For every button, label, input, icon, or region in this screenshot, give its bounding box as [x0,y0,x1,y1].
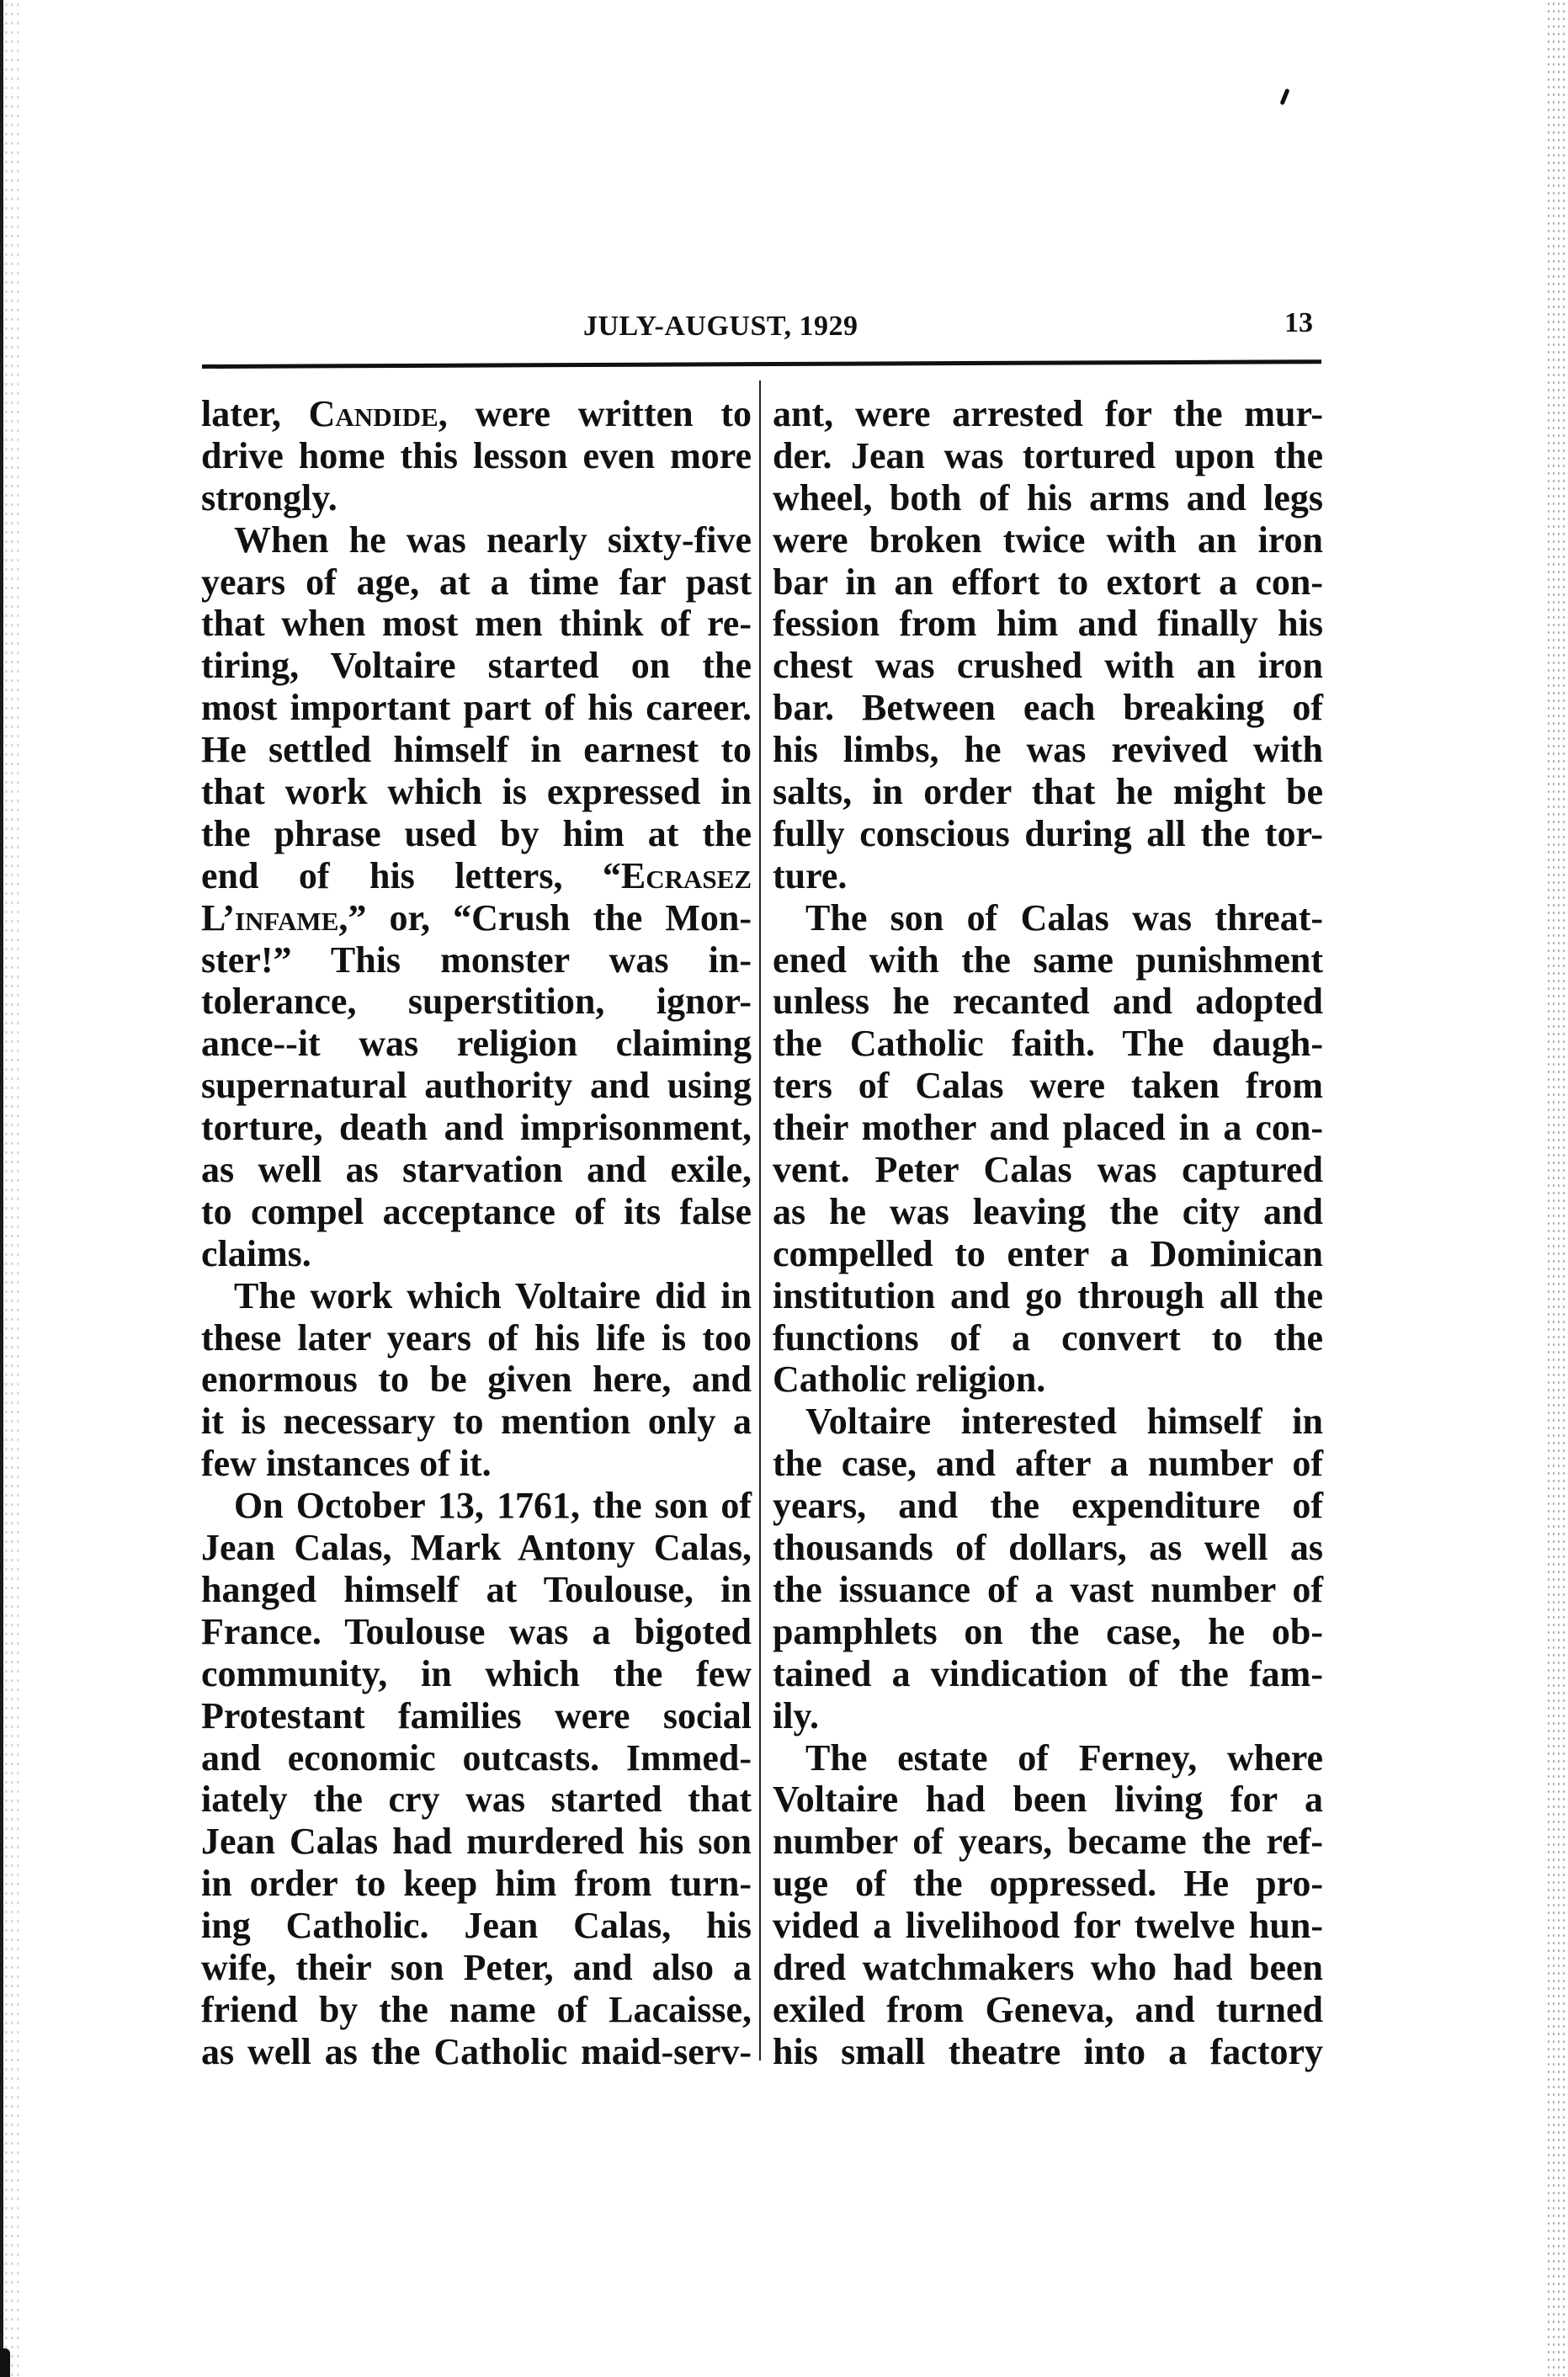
text-line: and economic outcasts. Immed- [201,1737,752,1779]
text-line: claims. [201,1233,752,1275]
text-line: bar. Between each breaking of [773,687,1323,729]
text-line: that when most men think of re- [201,603,752,645]
text-line: community, in which the few [201,1653,752,1695]
text-line: drive home this lesson even more [201,435,752,477]
text-line: On October 13, 1761, the son of [201,1485,752,1527]
text-line: enormous to be given here, and [201,1359,752,1401]
text-line: Voltaire had been living for a [773,1779,1323,1821]
small-caps-title: L’infame [201,897,338,939]
text-line: as well as starvation and exile, [201,1149,752,1191]
text-line: ster!” This monster was in- [201,939,752,981]
text-line: wife, their son Peter, and also a [201,1947,752,1989]
text-line: as he was leaving the city and [773,1191,1323,1233]
small-caps-title: Ecrasez [621,855,752,896]
text-line: it is necessary to mention only a [201,1401,752,1443]
text-line: tiring, Voltaire started on the [201,645,752,687]
text-line: unless he recanted and adopted [773,981,1323,1023]
text-line: salts, in order that he might be [773,771,1323,813]
column-divider [759,380,761,2061]
text-line: chest was crushed with an iron [773,645,1323,687]
right-column: ant, were arrested for the mur-der. Jean… [773,393,1323,2073]
text-line: uge of the oppressed. He pro- [773,1863,1323,1905]
text-line: ters of Calas were taken from [773,1065,1323,1107]
text-line: as well as the Catholic maid-serv- [201,2031,752,2073]
text-line: iately the cry was started that [201,1779,752,1821]
text-line: L’infame,” or, “Crush the Mon- [201,897,752,939]
text-line: the case, and after a number of [773,1443,1323,1485]
text-line: years of age, at a time far past [201,561,752,604]
text-line: The son of Calas was threat- [773,897,1323,939]
page-number: 13 [1284,306,1313,340]
header-rule [202,359,1321,369]
text-line: the phrase used by him at the [201,813,752,855]
text-line: ture. [773,855,1323,897]
text-line: hanged himself at Toulouse, in [201,1569,752,1611]
scan-corner-blot [0,2348,10,2377]
text-line: The estate of Ferney, where [773,1737,1323,1779]
text-line: that work which is expressed in [201,771,752,813]
text-line: ant, were arrested for the mur- [773,393,1323,435]
text-line: The work which Voltaire did in [201,1275,752,1317]
text-line: ing Catholic. Jean Calas, his [201,1905,752,1947]
text-line: the issuance of a vast number of [773,1569,1323,1611]
text-line: pamphlets on the case, he ob- [773,1611,1323,1653]
text-line: friend by the name of Lacaisse, [201,1989,752,2031]
text-line: When he was nearly sixty-five [201,519,752,561]
text-line: years, and the expenditure of [773,1485,1323,1527]
text-line: strongly. [201,477,752,519]
text-line: France. Toulouse was a bigoted [201,1611,752,1653]
text-line: vided a livelihood for twelve hun- [773,1905,1323,1947]
text-line: end of his letters, “Ecrasez [201,855,752,897]
scan-right-speckle [1546,0,1568,2377]
text-line: compelled to enter a Dominican [773,1233,1323,1275]
text-line: torture, death and imprisonment, [201,1107,752,1149]
small-caps-title: Candide [309,393,439,434]
text-line: most important part of his career. [201,687,752,729]
running-head: JULY-AUGUST, 1929 [583,310,858,343]
text-line: thousands of dollars, as well as [773,1527,1323,1569]
text-line: fully conscious during all the tor- [773,813,1323,855]
text-line: exiled from Geneva, and turned [773,1989,1323,2031]
text-line: der. Jean was tortured upon the [773,435,1323,477]
text-line: Catholic religion. [773,1359,1323,1401]
text-line: Jean Calas, Mark Antony Calas, [201,1527,752,1569]
text-line: Jean Calas had murdered his son [201,1821,752,1863]
text-line: tained a vindication of the fam- [773,1653,1323,1695]
left-column: later, Candide, were written todrive hom… [201,393,752,2073]
text-line: functions of a convert to the [773,1317,1323,1359]
stray-ink-mark [1279,88,1289,105]
text-line: later, Candide, were written to [201,393,752,435]
text-line: Protestant families were social [201,1695,752,1737]
text-line: the Catholic faith. The daugh- [773,1023,1323,1065]
text-line: to compel acceptance of its false [201,1191,752,1233]
text-line: few instances of it. [201,1443,752,1485]
text-line: these later years of his life is too [201,1317,752,1359]
text-line: were broken twice with an iron [773,519,1323,561]
text-line: tolerance, superstition, ignor- [201,981,752,1023]
text-line: dred watchmakers who had been [773,1947,1323,1989]
text-line: fession from him and finally his [773,603,1323,645]
text-line: number of years, became the ref- [773,1821,1323,1863]
text-line: in order to keep him from turn- [201,1863,752,1905]
text-line: ily. [773,1695,1323,1737]
text-line: supernatural authority and using [201,1065,752,1107]
text-line: He settled himself in earnest to [201,729,752,771]
text-line: ened with the same punishment [773,939,1323,981]
text-line: their mother and placed in a con- [773,1107,1323,1149]
text-line: his limbs, he was revived with [773,729,1323,771]
scan-left-speckle [3,0,19,2377]
text-line: Voltaire interested himself in [773,1401,1323,1443]
text-line: his small theatre into a factory [773,2031,1323,2073]
text-line: institution and go through all the [773,1275,1323,1317]
scanned-page: JULY-AUGUST, 1929 13 later, Candide, wer… [0,0,1568,2377]
text-line: bar in an effort to extort a con- [773,561,1323,604]
text-line: wheel, both of his arms and legs [773,477,1323,519]
text-line: ance--it was religion claiming [201,1023,752,1065]
text-line: vent. Peter Calas was captured [773,1149,1323,1191]
